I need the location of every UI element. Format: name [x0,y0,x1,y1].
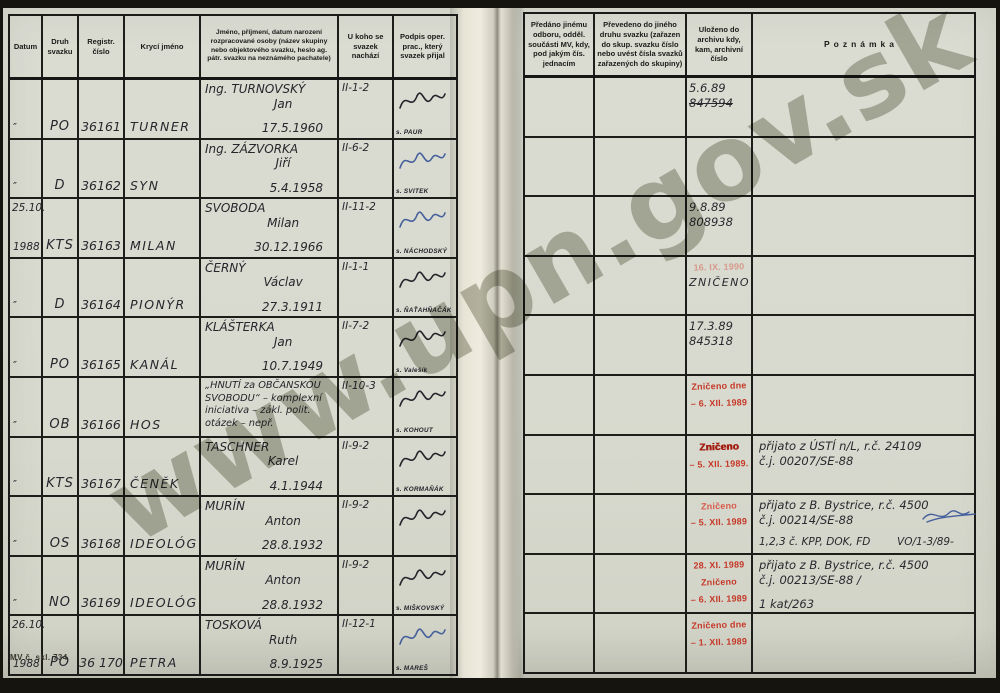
poznamka-line: č.j. 00213/SE-88 / [759,573,963,588]
cell-prevedeno [595,138,687,196]
cell-druh-svazku: PO [43,616,79,674]
cell-kryci-jmeno: HOS [125,378,201,436]
cell-datum: ″ [10,259,43,317]
cell-registr-cislo: 36168 [79,497,125,555]
name_lines-line: Milan [205,216,333,231]
name_lines-line: 17.5.1960 [205,121,333,136]
signature-icon [397,444,447,474]
name_lines-line: 5.4.1958 [205,181,333,196]
header-kryci-jmeno: Krycí jméno [125,16,201,77]
header-registr-cislo: Registr. číslo [79,16,125,77]
name_lines-line: MURÍN [205,559,333,574]
cell-registr-cislo: 36 170 [79,616,125,674]
cell-jmeno: TASCHNERKarel4.1.1944 [201,438,339,496]
header-predano: Předáno jinému odboru, odděl. součásti M… [525,14,595,75]
cell-poznamka [753,257,969,315]
register-row-left: ″ D 36164 PIONÝR ČERNÝVáclav27.3.1911 II… [10,259,456,319]
left-page-table: Datum Druh svazku Registr. číslo Krycí j… [8,14,458,676]
cell-jmeno: ČERNÝVáclav27.3.1911 [201,259,339,317]
signature-caption: s. NÁCHODSKÝ [396,248,447,255]
name_lines-line: 28.8.1932 [205,598,333,613]
cell-prevedeno [595,555,687,615]
archiv-line: ZNIČENO [689,276,749,290]
cell-predano [525,316,595,374]
archiv-line: 847594 [689,96,749,111]
cell-kryci-jmeno: KANÁL [125,318,201,376]
register-row-right: Zničeno dne– 6. XII. 1989 [525,376,974,436]
cell-registr-cislo: 36162 [79,140,125,198]
register-row-right: Zničeno dne– 1. XII. 1989 [525,614,974,672]
archiv-line: 17.3.89 [689,319,749,334]
cell-podpis: s. Valešík [394,318,451,376]
cell-u-koho: II-9-2 [339,497,394,555]
cell-kryci-jmeno: PETRA [125,616,201,674]
cell-druh-svazku: D [43,140,79,198]
name_lines-line: ČERNÝ [205,261,333,276]
name_lines-line: Jan [205,97,333,112]
name_lines-line: Anton [205,514,333,529]
archiv-line: 5.6.89 [689,81,749,96]
archiv-line: – 1. XII. 1989 [689,636,749,649]
cell-ulozeno-archiv: 28. XI. 1989Zničeno– 6. XII. 1989 [687,555,753,615]
header-druh-svazku: Druh svazku [43,16,79,77]
archiv-line: Zničeno [689,500,749,513]
cell-ulozeno-archiv: 17.3.89845318 [687,316,753,374]
name_lines-line: Jan [205,335,333,350]
signature-icon [397,205,447,235]
archiv-line: 808938 [689,215,749,230]
register-row-right: 5.6.89847594 [525,78,974,138]
blue-signature-icon [919,503,979,527]
datum-year: ″ [13,300,17,312]
book-gutter [450,8,525,678]
register-row-left: ″ PO 36165 KANÁL KLÁŠTERKAJan10.7.1949 I… [10,318,456,378]
cell-datum: ″ [10,557,43,615]
cell-kryci-jmeno: SYN [125,140,201,198]
cell-prevedeno [595,316,687,374]
register-row-right: Zničeno– 5. XII. 1989 přijato z B. Bystr… [525,495,974,555]
name_lines-line: iniciativa – zákl. polit. [205,405,333,418]
cell-prevedeno [595,436,687,494]
cell-jmeno: MURÍNAnton28.8.1932 [201,497,339,555]
signature-caption: s. SVITEK [396,188,428,195]
register-row-right: Zničeno– 5. XII. 1989. přijato z ÚSTÍ n/… [525,436,974,496]
cell-u-koho: II-1-1 [339,259,394,317]
archiv-line: 9.8.89 [689,200,749,215]
poznamka-line: č.j. 00207/SE-88 [759,454,963,469]
cell-datum: ″ [10,80,43,138]
name_lines-line: 30.12.1966 [205,240,333,255]
header-u-koho: U koho se svazek nachází [339,16,394,77]
cell-druh-svazku: PO [43,318,79,376]
cell-prevedeno [595,257,687,315]
register-row-left: ″ OB 36166 HOS „HNUTÍ za OBČANSKOUSVOBOD… [10,378,456,438]
cell-predano [525,376,595,434]
signature-caption: s. Valešík [396,367,427,374]
cell-druh-svazku: KTS [43,199,79,257]
cell-poznamka [753,78,969,136]
cell-u-koho: II-9-2 [339,438,394,496]
cell-ulozeno-archiv: Zničeno dne– 6. XII. 1989 [687,376,753,434]
register-row-right: 9.8.89808938 [525,197,974,257]
archiv-line: Zničeno dne [689,381,749,394]
form-number-footer: MV č. skl. 734 [10,653,68,662]
datum-year: ″ [13,598,17,610]
cell-kryci-jmeno: TURNER [125,80,201,138]
datum-day: 25.10. [12,202,45,214]
datum-year: ″ [13,181,17,193]
right-rows-container: 5.6.89847594 9.8.89808938 16. IX. 1990ZN… [525,78,974,672]
poznamka-line: 1,2,3 č. KPP, DOK, FD VO/1-3/89- [759,536,963,550]
cell-poznamka: přijato z B. Bystrice, r.č. 4500č.j. 002… [753,495,969,553]
cell-ulozeno-archiv: Zničeno dne– 1. XII. 1989 [687,614,753,672]
cell-predano [525,436,595,494]
name_lines-line: KLÁŠTERKA [205,320,333,335]
register-row-right: 17.3.89845318 [525,316,974,376]
datum-year: ″ [13,539,17,551]
cell-podpis: s. PAUR [394,80,451,138]
cell-kryci-jmeno: ČENĚK [125,438,201,496]
signature-caption: s. MAREŠ [396,665,428,672]
header-ulozeno: Uloženo do archivu kdy, kam, archivní čí… [687,14,753,75]
cell-poznamka [753,138,969,196]
left-rows-container: ″ PO 36161 TURNER Ing. TURNOVSKÝJan17.5.… [10,80,456,674]
cell-ulozeno-archiv: 5.6.89847594 [687,78,753,136]
name_lines-line: Ing. TURNOVSKÝ [205,82,333,97]
poznamka-line: přijato z B. Bystrice, r.č. 4500 [759,558,963,573]
signature-caption: s. KOHOUT [396,427,433,434]
name_lines-line: MURÍN [205,499,333,514]
cell-druh-svazku: NO [43,557,79,615]
cell-u-koho: II-1-2 [339,80,394,138]
cell-poznamka [753,614,969,672]
name_lines-line: TOSKOVÁ [205,618,333,633]
cell-jmeno: TOSKOVÁRuth8.9.1925 [201,616,339,674]
cell-podpis: s. ŇAŤAHŇAČÁK [394,259,451,317]
cell-u-koho: II-12-1 [339,616,394,674]
name_lines-line: TASCHNER [205,440,333,455]
name_lines-line: „HNUTÍ za OBČANSKOU [205,380,333,393]
signature-caption: s. PAUR [396,129,422,136]
cell-prevedeno [595,376,687,434]
cell-podpis: s. MIŠKOVSKÝ [394,557,451,615]
archiv-line: Zničeno [689,576,749,589]
cell-prevedeno [595,614,687,672]
cell-poznamka [753,197,969,255]
cell-podpis: s. NÁCHODSKÝ [394,199,451,257]
name_lines-line: SVOBODU“ – komplexní [205,393,333,406]
cell-ulozeno-archiv: Zničeno– 5. XII. 1989. [687,436,753,494]
datum-year: ″ [13,479,17,491]
cell-datum: 26.10. 1988 [10,616,43,674]
archiv-line: 28. XI. 1989 [689,559,749,572]
signature-caption: s. ŇAŤAHŇAČÁK [396,307,451,314]
datum-year: 1988 [13,241,40,253]
cell-podpis [394,497,451,555]
left-header-row: Datum Druh svazku Registr. číslo Krycí j… [10,16,456,80]
cell-podpis: s. KOHOUT [394,378,451,436]
right-page-table: Předáno jinému odboru, odděl. součásti M… [523,12,976,674]
cell-jmeno: SVOBODAMilan30.12.1966 [201,199,339,257]
cell-predano [525,555,595,615]
name_lines-line: 28.8.1932 [205,538,333,553]
register-row-left: ″ PO 36161 TURNER Ing. TURNOVSKÝJan17.5.… [10,80,456,140]
name_lines-line: Karel [205,454,333,469]
archiv-line: Zničeno dne [689,619,749,632]
cell-ulozeno-archiv: 9.8.89808938 [687,197,753,255]
cell-datum: ″ [10,378,43,436]
cell-registr-cislo: 36166 [79,378,125,436]
register-row-left: ″ OS 36168 IDEOLÓG MURÍNAnton28.8.1932 I… [10,497,456,557]
header-podpis: Podpis oper. prac., který svazek přijal [394,16,451,77]
signature-icon [397,265,447,295]
datum-year: ″ [13,360,17,372]
cell-ulozeno-archiv [687,138,753,196]
cell-podpis: s. MAREŠ [394,616,451,674]
cell-kryci-jmeno: MILAN [125,199,201,257]
poznamka-line: přijato z ÚSTÍ n/L, r.č. 24109 [759,439,963,454]
register-row-right: 16. IX. 1990ZNIČENO [525,257,974,317]
register-row-left: ″ KTS 36167 ČENĚK TASCHNERKarel4.1.1944 … [10,438,456,498]
signature-caption: s. KORMAŇÁK [396,486,444,493]
datum-year: ″ [13,420,17,432]
name_lines-line: 4.1.1944 [205,479,333,494]
name_lines-line: Václav [205,275,333,290]
cell-jmeno: Ing. ZÁZVORKAJiří5.4.1958 [201,140,339,198]
cell-druh-svazku: OB [43,378,79,436]
cell-u-koho: II-10-3 [339,378,394,436]
cell-ulozeno-archiv: 16. IX. 1990ZNIČENO [687,257,753,315]
cell-u-koho: II-7-2 [339,318,394,376]
cell-kryci-jmeno: IDEOLÓG [125,557,201,615]
name_lines-line: Ruth [205,633,333,648]
cell-registr-cislo: 36161 [79,80,125,138]
cell-u-koho: II-6-2 [339,140,394,198]
cell-datum: ″ [10,318,43,376]
name_lines-line: SVOBODA [205,201,333,216]
cell-predano [525,78,595,136]
name_lines-line: 27.3.1911 [205,300,333,315]
signature-caption: s. MIŠKOVSKÝ [396,605,444,612]
cell-poznamka: přijato z B. Bystrice, r.č. 4500č.j. 002… [753,555,969,615]
scanned-register-spread: Datum Druh svazku Registr. číslo Krycí j… [0,0,1000,693]
cell-poznamka [753,316,969,374]
cell-datum: 25.10. 1988 [10,199,43,257]
cell-predano [525,257,595,315]
cell-poznamka [753,376,969,434]
datum-day: 26.10. [12,619,45,631]
archiv-line: 845318 [689,334,749,349]
cell-predano [525,614,595,672]
cell-predano [525,138,595,196]
signature-icon [397,146,447,176]
name_lines-line: Jiří [205,156,333,171]
cell-datum: ″ [10,497,43,555]
cell-druh-svazku: KTS [43,438,79,496]
archiv-line: – 6. XII. 1989 [689,593,749,606]
cell-poznamka: přijato z ÚSTÍ n/L, r.č. 24109č.j. 00207… [753,436,969,494]
register-row-right [525,138,974,198]
cell-u-koho: II-11-2 [339,199,394,257]
cell-jmeno: Ing. TURNOVSKÝJan17.5.1960 [201,80,339,138]
cell-prevedeno [595,78,687,136]
header-poznamka: Poznámka [753,14,969,75]
cell-prevedeno [595,495,687,553]
cell-podpis: s. KORMAŇÁK [394,438,451,496]
cell-druh-svazku: OS [43,497,79,555]
cell-jmeno: KLÁŠTERKAJan10.7.1949 [201,318,339,376]
poznamka-line: 1 kat/263 [759,597,963,612]
header-prevedeno: Převedeno do jiného druhu svazku (zařaze… [595,14,687,75]
cell-registr-cislo: 36169 [79,557,125,615]
cell-registr-cislo: 36165 [79,318,125,376]
cell-datum: ″ [10,140,43,198]
cell-datum: ″ [10,438,43,496]
register-row-left: 26.10. 1988 PO 36 170 PETRA TOSKOVÁRuth8… [10,616,456,674]
signature-icon [397,563,447,593]
archiv-line: – 5. XII. 1989. [689,458,749,471]
right-header-row: Předáno jinému odboru, odděl. součásti M… [525,14,974,78]
archiv-line: – 6. XII. 1989 [689,397,749,410]
archiv-line: 16. IX. 1990 [689,261,749,274]
name_lines-line: Ing. ZÁZVORKA [205,142,333,157]
cell-predano [525,495,595,553]
register-row-left: ″ NO 36169 IDEOLÓG MURÍNAnton28.8.1932 I… [10,557,456,617]
archiv-line: – 5. XII. 1989 [689,517,749,530]
cell-predano [525,197,595,255]
name_lines-line: 10.7.1949 [205,359,333,374]
signature-icon [397,86,447,116]
cell-jmeno: MURÍNAnton28.8.1932 [201,557,339,615]
signature-icon [397,622,447,652]
header-datum: Datum [10,16,43,77]
cell-prevedeno [595,197,687,255]
cell-ulozeno-archiv: Zničeno– 5. XII. 1989 [687,495,753,553]
name_lines-line: 8.9.1925 [205,657,333,672]
cell-registr-cislo: 36163 [79,199,125,257]
cell-registr-cislo: 36167 [79,438,125,496]
cell-jmeno: „HNUTÍ za OBČANSKOUSVOBODU“ – komplexníi… [201,378,339,436]
cell-druh-svazku: PO [43,80,79,138]
name_lines-line: otázek – nepř. [205,418,333,431]
archiv-line: Zničeno [689,440,749,455]
signature-icon [397,503,447,533]
header-jmeno: Jméno, příjmení, datum narození rozpraco… [201,16,339,77]
register-row-left: ″ D 36162 SYN Ing. ZÁZVORKAJiří5.4.1958 … [10,140,456,200]
cell-u-koho: II-9-2 [339,557,394,615]
cell-registr-cislo: 36164 [79,259,125,317]
cell-kryci-jmeno: PIONÝR [125,259,201,317]
signature-icon [397,384,447,414]
cell-kryci-jmeno: IDEOLÓG [125,497,201,555]
register-row-left: 25.10. 1988 KTS 36163 MILAN SVOBODAMilan… [10,199,456,259]
signature-icon [397,324,447,354]
name_lines-line: Anton [205,573,333,588]
datum-year: ″ [13,122,17,134]
register-row-right: 28. XI. 1989Zničeno– 6. XII. 1989 přijat… [525,555,974,615]
cell-druh-svazku: D [43,259,79,317]
cell-podpis: s. SVITEK [394,140,451,198]
